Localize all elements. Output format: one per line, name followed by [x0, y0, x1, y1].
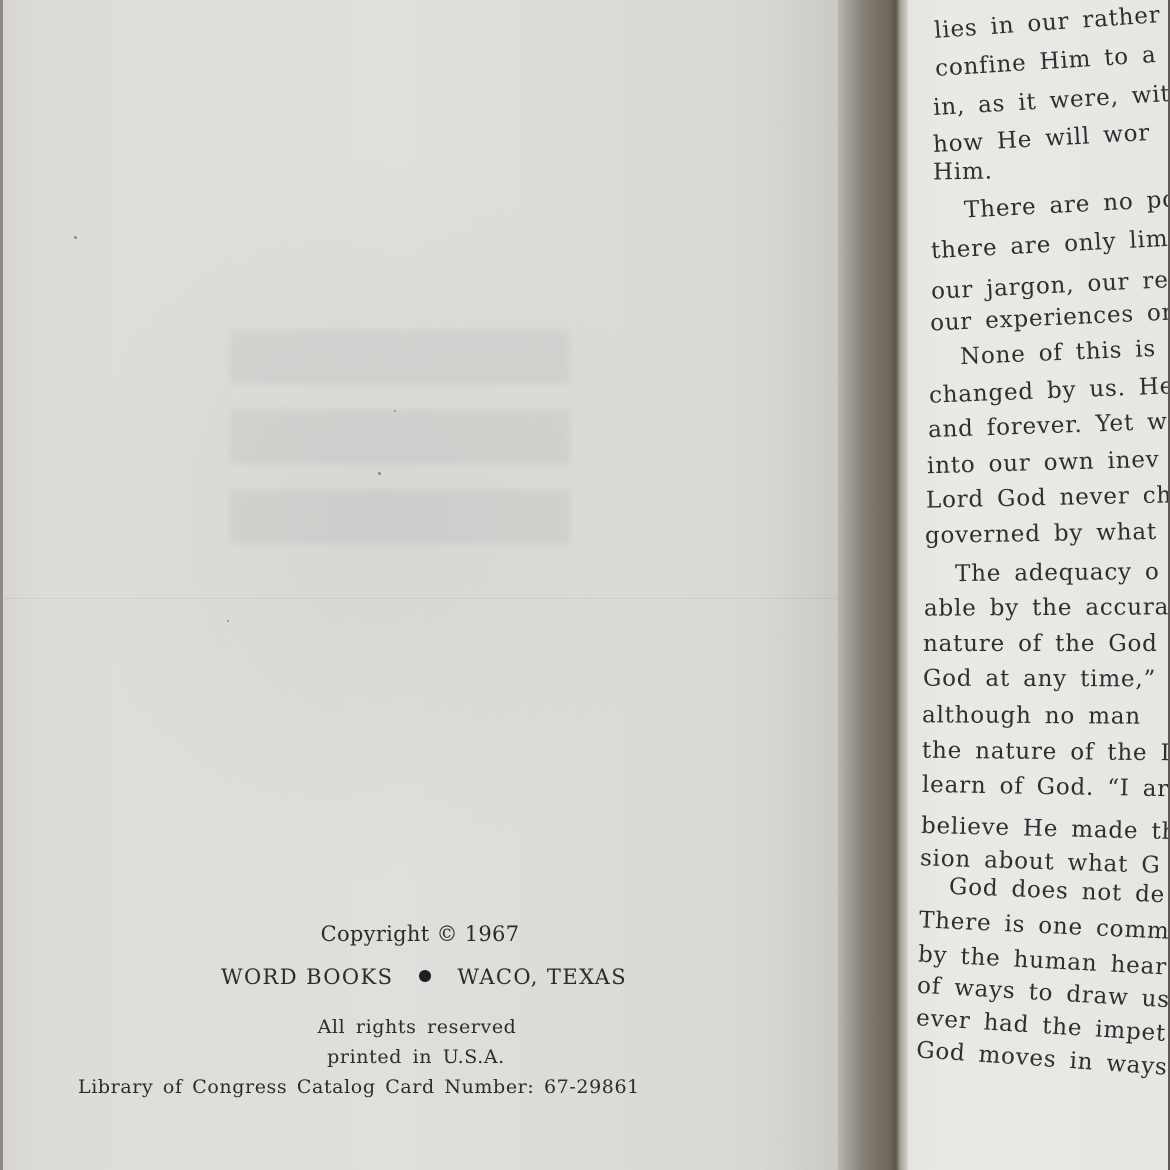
text-line: There are no po: [963, 186, 1170, 223]
text-line: the nature of the D: [922, 738, 1170, 767]
text-line: confine Him to a p: [934, 40, 1170, 82]
text-line: in, as it were, wit: [932, 81, 1170, 121]
text-line: our jargon, our re: [931, 267, 1170, 305]
text-line: Him.: [933, 158, 993, 185]
text-line: how He will wor: [932, 120, 1150, 158]
text-line: although no man: [922, 702, 1141, 730]
text-line: governed by what: [925, 519, 1157, 549]
left-page-copyright: Copyright © 1967 WORD BOOKSWACO, TEXAS A…: [0, 0, 845, 1170]
printed-line: printed in U.S.A.: [60, 1046, 760, 1068]
text-line: Lord God never ch: [926, 482, 1170, 513]
text-line: There is one comm: [919, 907, 1170, 944]
ghost-line: [230, 330, 570, 384]
text-line: learn of God. “I ar: [922, 772, 1170, 802]
copyright-line: Copyright © 1967: [60, 922, 760, 946]
text-line: lies in our rather: [933, 2, 1161, 44]
right-page-body: lies in our rather confine Him to a p in…: [908, 0, 1170, 1170]
rights-line: All rights reserved: [60, 1016, 760, 1038]
text-line: into our own inev: [927, 447, 1160, 479]
book-spread-photo: Copyright © 1967 WORD BOOKSWACO, TEXAS A…: [0, 0, 1170, 1170]
publisher-line: WORD BOOKSWACO, TEXAS: [60, 965, 760, 989]
show-through-title-ghost: [230, 330, 570, 590]
ghost-line: [230, 490, 570, 544]
text-line: The adequacy o: [955, 559, 1160, 587]
bullet-separator-icon: [419, 970, 431, 982]
text-line: changed by us. He: [929, 373, 1170, 408]
paper-speck: [394, 410, 396, 412]
show-through-rule: [0, 598, 845, 599]
text-line: there are only lim: [930, 226, 1169, 264]
ghost-line: [230, 410, 570, 464]
text-line: God at any time,”: [923, 666, 1156, 693]
catalog-number-line: Library of Congress Catalog Card Number:…: [78, 1076, 760, 1098]
publisher-name: WORD BOOKS: [221, 965, 393, 989]
paper-speck: [227, 620, 229, 622]
paper-speck: [74, 236, 77, 239]
text-line: our experiences or: [930, 299, 1170, 336]
text-line: and forever. Yet w: [928, 409, 1168, 443]
book-gutter-shadow: [838, 0, 910, 1170]
text-line: believe He made th: [921, 813, 1170, 845]
text-line: able by the accura: [924, 594, 1169, 621]
paper-speck: [378, 472, 381, 475]
text-line: nature of the God: [923, 631, 1158, 657]
text-line: None of this is: [960, 336, 1157, 370]
publisher-location: WACO, TEXAS: [457, 965, 627, 989]
text-line: God does not de: [949, 874, 1166, 908]
